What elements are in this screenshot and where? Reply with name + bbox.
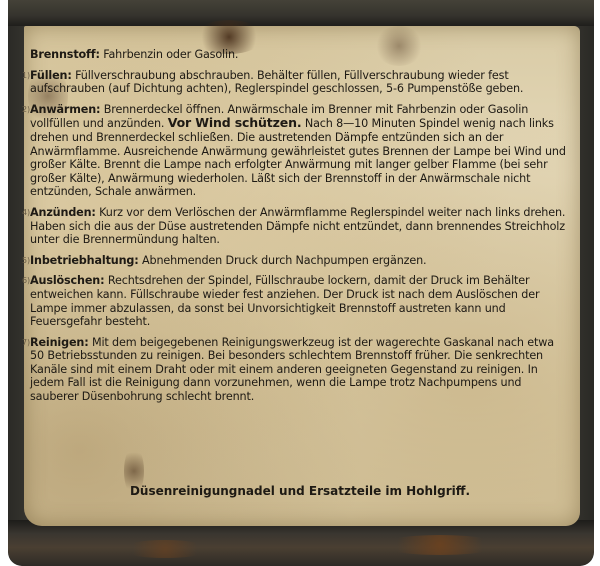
section-number: 6) [22, 274, 30, 288]
rust-patch [380, 535, 500, 555]
section-text: Abnehmenden Druck durch Nachpumpen ergän… [142, 254, 426, 267]
section-number: 2) [22, 103, 30, 117]
section-heading: Reinigen: [30, 336, 89, 349]
section-number: 7) [22, 336, 30, 350]
section-cleaning: 7) Reinigen: Mit dem beigegebenen Reinig… [30, 336, 570, 404]
section-heading: Brennstoff: [30, 48, 100, 61]
section-heading: Inbetriebhaltung: [30, 254, 139, 267]
section-heading: Anzünden: [30, 206, 96, 219]
label-text: Brennstoff: Fahrbenzin oder Gasolin. 1) … [30, 48, 570, 411]
section-operation: 5) Inbetriebhaltung: Abnehmenden Druck d… [30, 254, 570, 268]
label-footer: Düsenreinigungnadel und Ersatzteile im H… [90, 484, 510, 498]
section-heading: Füllen: [30, 69, 72, 82]
section-text: Füllverschraubung abschrauben. Behälter … [30, 69, 523, 96]
section-igniting: 4) Anzünden: Kurz vor dem Verlöschen der… [30, 206, 570, 247]
section-number: 4) [22, 206, 30, 220]
section-heading: Anwärmen: [30, 103, 100, 116]
section-fuel: Brennstoff: Fahrbenzin oder Gasolin. [30, 48, 570, 62]
section-text: Mit dem beigegebenen Reinigungswerkzeug … [30, 336, 554, 403]
section-text: Fahrbenzin oder Gasolin. [103, 48, 238, 61]
wind-warning: Vor Wind schützen. [168, 115, 302, 130]
section-number: 5) [22, 254, 30, 268]
section-number: 1) [22, 69, 30, 83]
canister-bottom-rim [8, 520, 594, 566]
section-text: Kurz vor dem Verlöschen der Anwärmflamme… [30, 206, 565, 246]
section-extinguishing: 6) Auslöschen: Rechtsdrehen der Spindel,… [30, 274, 570, 328]
section-heading: Auslöschen: [30, 274, 104, 287]
section-text: Rechtsdrehen der Spindel, Füllschraube l… [30, 274, 539, 328]
rust-patch [120, 540, 210, 558]
canister-top-rim [8, 0, 594, 26]
section-filling: 1) Füllen: Füllverschraubung abschrauben… [30, 69, 570, 96]
section-warming: 2) Anwärmen: Brennerdeckel öffnen. Anwär… [30, 103, 570, 199]
